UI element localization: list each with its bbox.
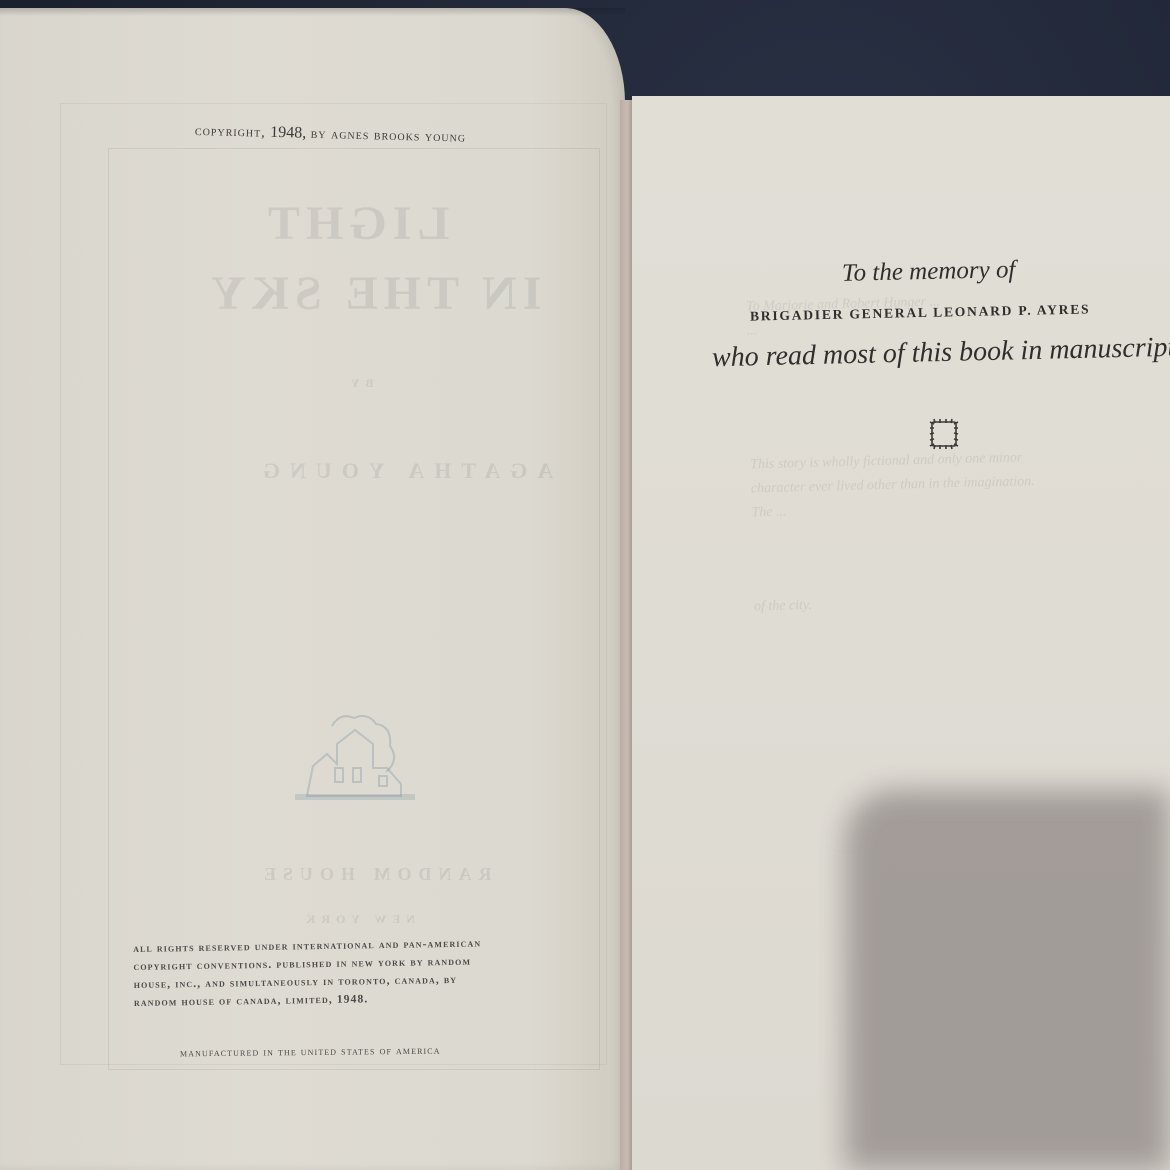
- bleed-city: NEW YORK: [300, 912, 415, 927]
- rights-paragraph: ALL RIGHTS RESERVED UNDER INTERNATIONAL …: [133, 933, 579, 1012]
- dedication-line-1: To the memory of: [842, 256, 1016, 288]
- bleed-by: BY: [345, 376, 374, 391]
- manufactured-line: MANUFACTURED IN THE UNITED STATES OF AME…: [180, 1044, 441, 1060]
- laurel-wreath-ornament-icon: [924, 414, 964, 454]
- bleed-publisher: RANDOM HOUSE: [257, 864, 492, 885]
- cast-shadow: [845, 790, 1170, 1170]
- bleed-title-line1: LIGHT: [262, 196, 449, 251]
- book-gutter: [620, 100, 632, 1170]
- copyright-prefix: COPYRIGHT,: [195, 124, 266, 141]
- copyright-year: 1948,: [270, 124, 306, 142]
- bleed-author: AGATHA YOUNG: [253, 458, 553, 484]
- random-house-logo-icon: [287, 706, 417, 811]
- copyright-holder: BY AGNES BROOKS YOUNG: [311, 127, 467, 146]
- bleed-title-line2: IN THE SKY: [205, 266, 542, 321]
